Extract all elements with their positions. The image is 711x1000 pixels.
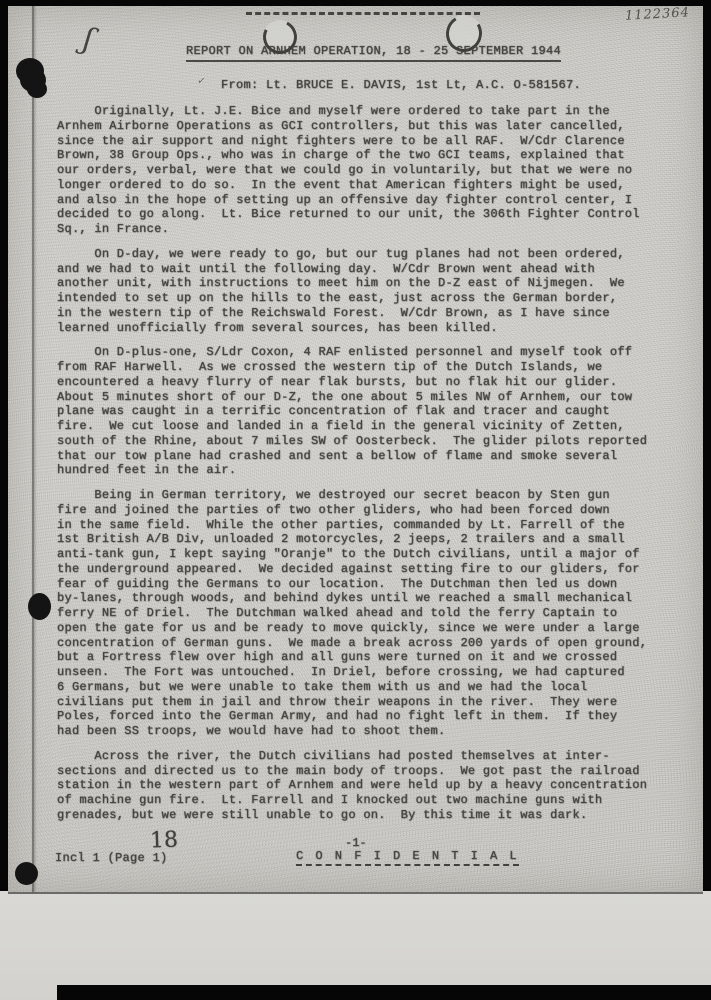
- scanned-document-photo: { "annotations": { "top_right_number": "…: [0, 0, 711, 1000]
- page-number: -1-: [345, 836, 367, 850]
- backing-sheet: [0, 891, 711, 1000]
- paragraph: On D-plus-one, S/Ldr Coxon, 4 RAF enlist…: [57, 345, 673, 478]
- torn-edge-dashes: [246, 12, 480, 15]
- paragraph: On D-day, we were ready to go, but our t…: [57, 247, 673, 336]
- enclosure-note: Incl 1 (Page 1): [55, 851, 168, 865]
- page-fold-line: [32, 6, 34, 892]
- document-title: REPORT ON ARNHEM OPERATION, 18 - 25 SEPT…: [186, 44, 561, 62]
- page-stamp-number: 18: [150, 828, 179, 854]
- document-body: Originally, Lt. J.E. Bice and myself wer…: [57, 104, 673, 833]
- punch-hole-icon: [16, 58, 44, 84]
- classification-stamp: C O N F I D E N T I A L: [296, 849, 519, 866]
- paragraph: Across the river, the Dutch civilians ha…: [57, 749, 673, 823]
- from-line: From: Lt. BRUCE E. DAVIS, 1st Lt, A.C. O…: [221, 78, 581, 92]
- paragraph: Originally, Lt. J.E. Bice and myself wer…: [57, 104, 673, 237]
- punch-hole-icon: [15, 862, 38, 885]
- paragraph: Being in German territory, we destroyed …: [57, 488, 673, 739]
- background-bar: [57, 985, 711, 1000]
- punch-hole-icon: [28, 593, 51, 620]
